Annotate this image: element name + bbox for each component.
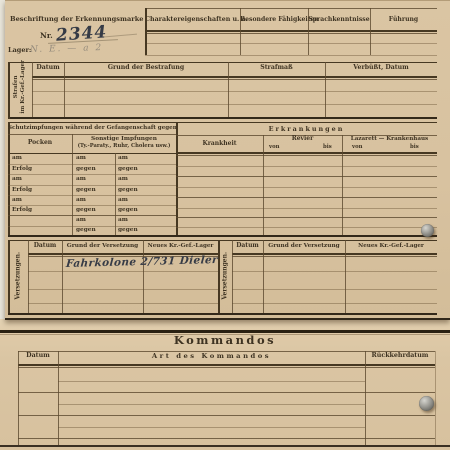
impf-row-label: gegen	[76, 166, 96, 172]
table-rule	[115, 153, 116, 235]
col-header-datum: Datum	[18, 353, 58, 360]
col-header-lazarett-krankenhaus: Lazarett — Krankenhaus	[342, 136, 437, 142]
rivet-fastener	[421, 224, 434, 237]
col-header-verbuesst-datum: Verbüßt, Datum	[325, 65, 437, 72]
col-header-sonstige-impfungen: Sonstige Impfungen	[72, 136, 176, 142]
impf-row-label: gegen	[118, 227, 138, 233]
table-rule	[176, 227, 437, 228]
table-rule	[62, 240, 63, 313]
impf-table-title: Schutzimpfungen während der Gefangenscha…	[8, 125, 176, 131]
table-rule	[18, 351, 19, 445]
impf-row-label: Erfolg	[12, 187, 32, 193]
table-rule	[145, 43, 437, 44]
impf-row-label: am	[76, 197, 86, 203]
col-header-grund-der-versetzung: Grund der Versetzung	[62, 243, 143, 249]
col-header-revier: Revier	[263, 136, 342, 143]
table-rule	[176, 217, 437, 218]
impf-row-label: am	[76, 155, 86, 161]
table-rule	[8, 215, 176, 216]
impf-row-label: am	[118, 176, 128, 182]
impf-row-label: am	[76, 217, 86, 223]
strafen-side-label: Strafen im Kr.-Gef.-Lager	[13, 59, 27, 115]
table-rule	[8, 240, 10, 313]
table-rule	[8, 185, 176, 186]
table-rule	[18, 392, 435, 393]
table-rule	[8, 313, 437, 315]
col-header-grund-der-bestrafung: Grund der Bestrafung	[64, 65, 228, 72]
table-rule	[32, 62, 33, 117]
table-rule	[8, 134, 176, 135]
revier-von-label: von	[269, 145, 279, 151]
table-rule	[176, 208, 437, 209]
impf-row-label: gegen	[76, 227, 96, 233]
table-rule	[58, 427, 365, 428]
col-header-rueckkehrdatum: Rückkehrdatum	[365, 353, 435, 360]
col-header-sprachkenntnisse: Sprachkenntnisse	[308, 17, 370, 24]
impf-row-label: gegen	[76, 207, 96, 213]
table-rule	[8, 122, 10, 235]
kommandos-title: Kommandos	[125, 334, 325, 347]
table-rule	[8, 164, 176, 165]
table-rule	[8, 174, 176, 175]
lazarett-bis-label: bis	[410, 145, 419, 151]
table-rule	[8, 122, 437, 123]
table-rule	[18, 438, 435, 439]
table-rule	[28, 289, 218, 290]
strafen-side-label-line2: im Kr.-Gef.-Lager	[20, 60, 26, 113]
col-header-fuehrung: Führung	[370, 17, 437, 24]
col-header-neues-lager: Neues Kr.-Gef.-Lager	[345, 243, 437, 249]
table-rule	[18, 415, 435, 416]
table-rule	[145, 8, 147, 55]
rivet-fastener	[419, 396, 434, 411]
table-rule	[263, 135, 264, 235]
table-rule	[365, 351, 366, 445]
impf-row-label: gegen	[118, 166, 138, 172]
table-rule	[176, 197, 437, 198]
col-header-grund-der-versetzung: Grund der Versetzung	[263, 243, 345, 249]
table-rule	[308, 8, 309, 55]
table-rule	[176, 176, 437, 177]
table-rule	[325, 62, 326, 117]
impf-row-label: am	[118, 217, 128, 223]
col-header-charaktereigenschaften: Charaktereigenschaften u. a.	[145, 17, 240, 24]
table-rule	[345, 240, 346, 313]
col-header-neues-lager: Neues Kr.-Gef.-Lager	[143, 243, 218, 249]
table-rule	[8, 62, 437, 63]
erkrankungen-title: Erkrankungen	[176, 126, 437, 133]
table-rule	[8, 235, 437, 237]
table-rule	[342, 135, 343, 235]
table-rule	[435, 351, 436, 445]
table-rule	[263, 240, 264, 313]
versetzungen-right-side-label: Versetzungen.	[221, 241, 229, 311]
impf-row-label: am	[118, 155, 128, 161]
impf-row-label: gegen	[118, 187, 138, 193]
table-rule	[228, 62, 229, 117]
col-header-strafmass: Strafmaß	[228, 65, 325, 72]
table-rule	[32, 91, 437, 92]
col-header-datum: Datum	[32, 65, 64, 72]
table-rule	[176, 155, 437, 156]
table-rule	[218, 240, 220, 313]
strafen-side-label-line1: Strafen	[13, 75, 19, 98]
table-rule	[58, 404, 365, 405]
table-rule	[143, 240, 144, 313]
col-header-besondere-faehigkeiten: Besondere Fähigkeiten	[240, 17, 308, 24]
table-rule	[8, 153, 176, 154]
table-rule	[176, 122, 178, 235]
table-rule	[145, 30, 437, 32]
col-header-datum: Datum	[232, 243, 263, 250]
table-rule	[176, 187, 437, 188]
table-rule	[32, 76, 437, 78]
table-rule	[145, 33, 437, 34]
table-rule	[232, 240, 233, 313]
table-rule	[18, 364, 435, 366]
table-rule	[32, 104, 437, 105]
col-header-sonstige-impfungen-detail: (Ty.-Paraty., Ruhr, Cholera usw.)	[72, 144, 176, 150]
table-rule	[8, 195, 176, 196]
impf-row-label: am	[76, 176, 86, 182]
id-block-title: Beschriftung der Erkennungsmarke	[10, 16, 140, 23]
table-rule	[8, 62, 10, 119]
col-header-pocken: Pocken	[8, 140, 72, 147]
col-header-art-des-kommandos: Art des Kommandos	[58, 353, 365, 360]
nr-label: Nr.	[40, 32, 53, 40]
table-rule	[176, 152, 437, 154]
impf-row-label: am	[12, 197, 22, 203]
card-edge-line	[0, 445, 450, 447]
lager-label: Lager:	[8, 47, 31, 54]
col-header-datum: Datum	[28, 243, 62, 250]
table-rule	[64, 62, 65, 117]
impf-row-label: gegen	[118, 207, 138, 213]
table-rule	[58, 381, 365, 382]
revier-bis-label: bis	[323, 145, 332, 151]
table-rule	[145, 55, 437, 56]
table-rule	[8, 205, 176, 206]
table-rule	[32, 79, 437, 80]
table-rule	[58, 351, 59, 445]
versetzungen-left-side-label: Versetzungen.	[14, 241, 22, 311]
lager-handwritten-value: N. E. — a 2	[30, 43, 103, 55]
scanned-pow-record-card: Beschriftung der Erkennungsmarke Nr. 234…	[0, 0, 450, 450]
table-rule	[28, 271, 218, 272]
col-header-krankheit: Krankheit	[176, 141, 263, 148]
impf-row-label: am	[12, 176, 22, 182]
table-rule	[370, 8, 371, 55]
table-rule	[8, 117, 437, 119]
table-rule	[28, 240, 29, 313]
table-rule	[18, 367, 435, 368]
table-rule	[28, 303, 218, 304]
impf-row-label: Erfolg	[12, 166, 32, 172]
impf-row-label: am	[118, 197, 128, 203]
impf-row-label: gegen	[76, 187, 96, 193]
table-rule	[176, 166, 437, 167]
lazarett-von-label: von	[352, 145, 362, 151]
impf-row-label: am	[12, 155, 22, 161]
table-rule	[240, 8, 241, 55]
impf-row-label: Erfolg	[12, 207, 32, 213]
table-rule	[145, 8, 437, 9]
